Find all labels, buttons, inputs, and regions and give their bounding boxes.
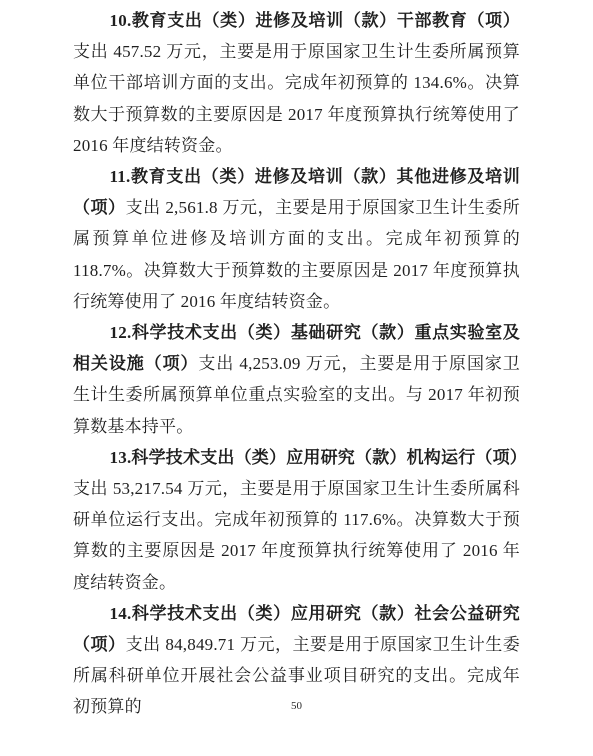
- paragraph-item-11: 11.教育支出（类）进修及培训（款）其他进修及培训（项）支出 2,561.8 万…: [73, 161, 520, 317]
- paragraph-10-heading: 10.教育支出（类）进修及培训（款）干部教育（项）: [110, 11, 520, 30]
- paragraph-10-body: 支出 457.52 万元，主要是用于原国家卫生计生委所属预算单位干部培训方面的支…: [73, 42, 520, 155]
- paragraph-item-13: 13.科学技术支出（类）应用研究（款）机构运行（项）支出 53,217.54 万…: [73, 442, 520, 598]
- paragraph-item-10: 10.教育支出（类）进修及培训（款）干部教育（项）支出 457.52 万元，主要…: [73, 5, 520, 161]
- paragraph-13-heading: 13.科学技术支出（类）应用研究（款）机构运行（项）: [110, 448, 527, 467]
- paragraph-item-12: 12.科学技术支出（类）基础研究（款）重点实验室及相关设施（项）支出 4,253…: [73, 317, 520, 442]
- page-number: 50: [0, 700, 593, 712]
- document-page: 10.教育支出（类）进修及培训（款）干部教育（项）支出 457.52 万元，主要…: [0, 0, 593, 756]
- paragraph-13-body: 支出 53,217.54 万元，主要是用于原国家卫生计生委所属科研单位运行支出。…: [73, 479, 520, 592]
- document-body: 10.教育支出（类）进修及培训（款）干部教育（项）支出 457.52 万元，主要…: [73, 5, 520, 723]
- paragraph-11-body: 支出 2,561.8 万元，主要是用于原国家卫生计生委所属预算单位进修及培训方面…: [73, 198, 520, 311]
